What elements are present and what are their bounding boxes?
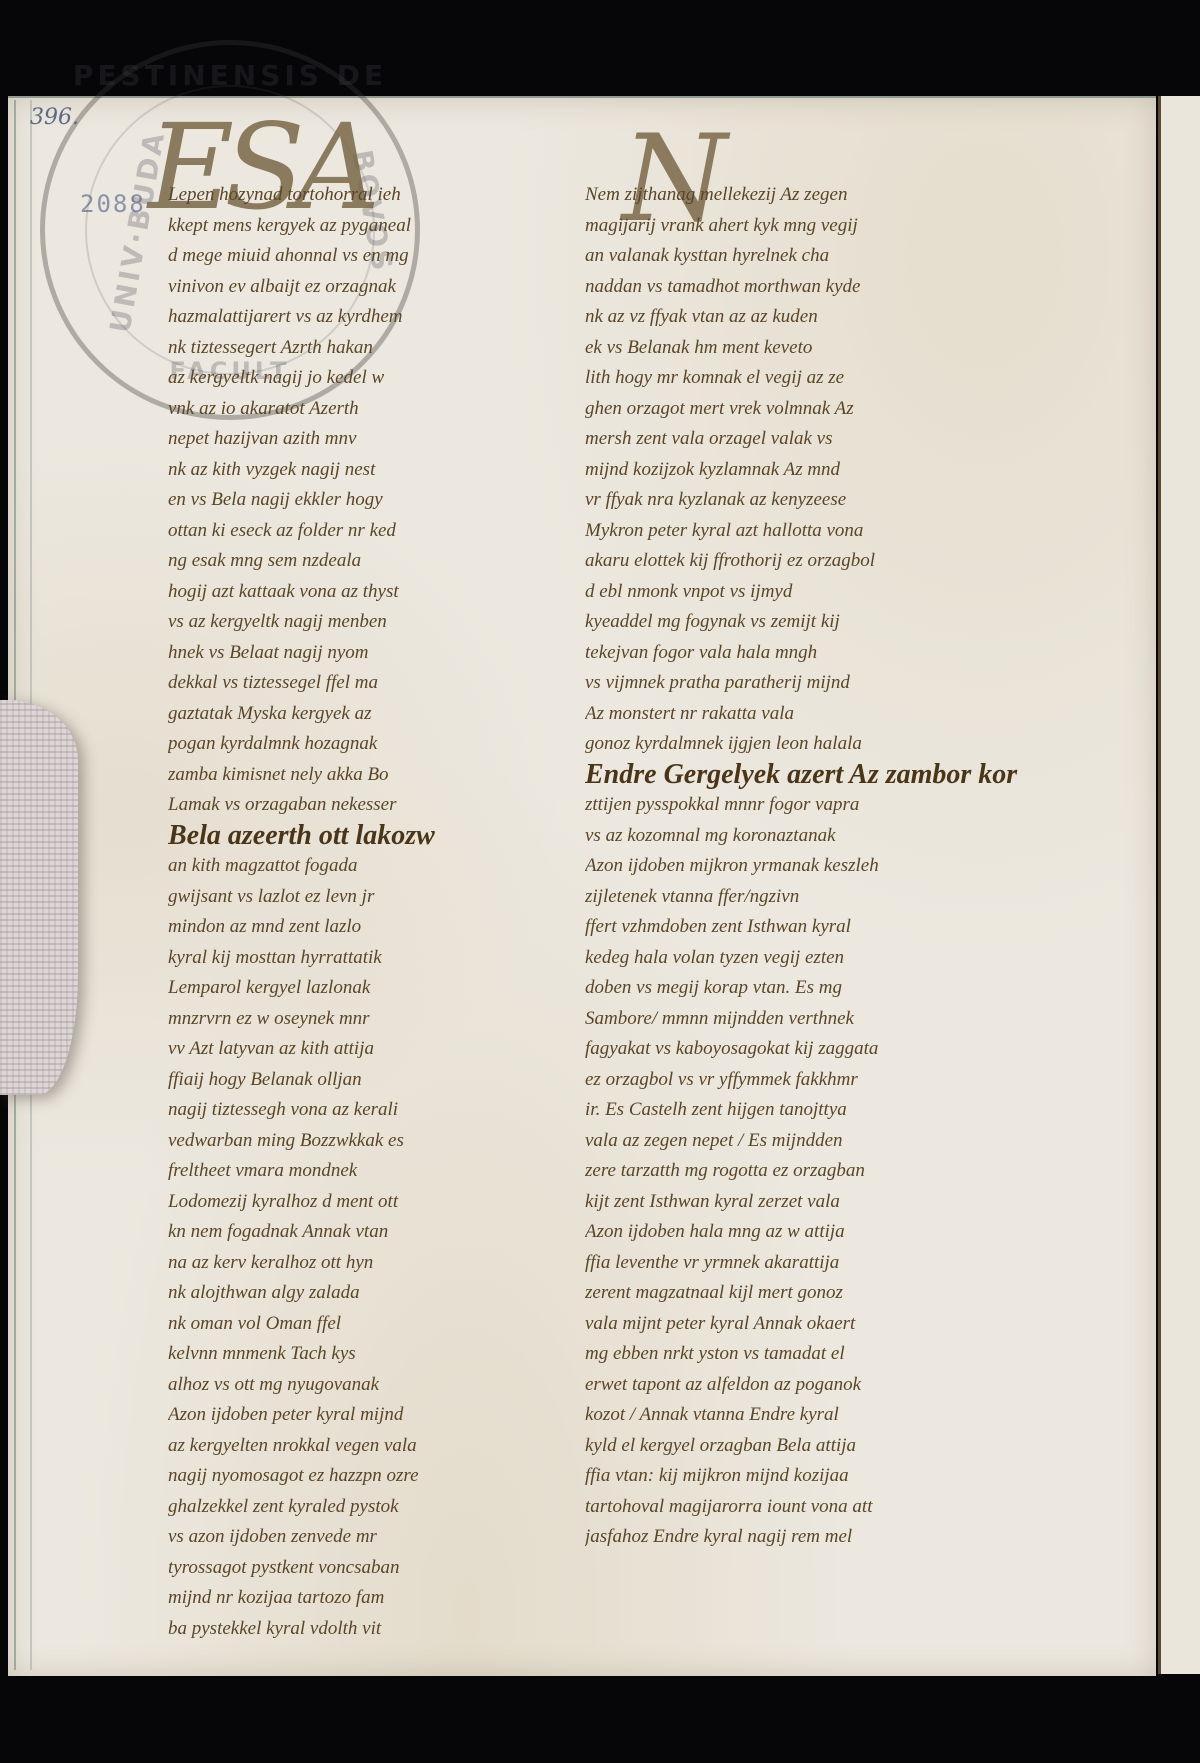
manuscript-line: Azon ijdoben mijkron yrmanak keszleh bbox=[585, 851, 1070, 882]
manuscript-line: Az monstert nr rakatta vala bbox=[585, 699, 1070, 730]
manuscript-line: kedeg hala volan tyzen vegij ezten bbox=[585, 943, 1070, 974]
manuscript-line: ffiaij hogy Belanak olljan bbox=[168, 1065, 548, 1096]
gloved-thumb bbox=[0, 700, 78, 1095]
manuscript-line: Azon ijdoben hala mng az w attija bbox=[585, 1217, 1070, 1248]
manuscript-line: Sambore/ mmnn mijndden verthnek bbox=[585, 1004, 1070, 1035]
manuscript-line: freltheet vmara mondnek bbox=[168, 1156, 548, 1187]
manuscript-line: jasfahoz Endre kyral nagij rem mel bbox=[585, 1522, 1070, 1553]
manuscript-line: vs azon ijdoben zenvede mr bbox=[168, 1522, 548, 1553]
stamp-text-top: PESTINENSIS DE bbox=[45, 59, 415, 92]
manuscript-line: en vs Bela nagij ekkler hogy bbox=[168, 485, 548, 516]
manuscript-line: Lemparol kergyel lazlonak bbox=[168, 973, 548, 1004]
folio-number: 396. bbox=[30, 105, 79, 130]
manuscript-line: magijarij vrank ahert kyk mng vegij bbox=[585, 211, 1070, 242]
manuscript-line: vv Azt latyvan az kith attija bbox=[168, 1034, 548, 1065]
manuscript-line: vs az kozomnal mg koronaztanak bbox=[585, 821, 1070, 852]
manuscript-line: nk alojthwan algy zalada bbox=[168, 1278, 548, 1309]
manuscript-line: an valanak kysttan hyrelnek cha bbox=[585, 241, 1070, 272]
manuscript-line: kyral kij mosttan hyrrattatik bbox=[168, 943, 548, 974]
manuscript-line: ba pystekkel kyral vdolth vit bbox=[168, 1614, 548, 1645]
manuscript-line: erwet tapont az alfeldon az poganok bbox=[585, 1370, 1070, 1401]
manuscript-line: lith hogy mr komnak el vegij az ze bbox=[585, 363, 1070, 394]
manuscript-line: d mege miuid ahonnal vs en mg bbox=[168, 241, 548, 272]
manuscript-line: na az kerv keralhoz ott hyn bbox=[168, 1248, 548, 1279]
manuscript-line: ffia vtan: kij mijkron mijnd kozijaa bbox=[585, 1461, 1070, 1492]
manuscript-line: gwijsant vs lazlot ez levn jr bbox=[168, 882, 548, 913]
manuscript-line: zerent magzatnaal kijl mert gonoz bbox=[585, 1278, 1070, 1309]
manuscript-line: ghen orzagot mert vrek volmnak Az bbox=[585, 394, 1070, 425]
manuscript-line: nk az vz ffyak vtan az az kuden bbox=[585, 302, 1070, 333]
manuscript-line: az kergyelten nrokkal vegen vala bbox=[168, 1431, 548, 1462]
manuscript-line: nk oman vol Oman ffel bbox=[168, 1309, 548, 1340]
manuscript-line: tekejvan fogor vala hala mngh bbox=[585, 638, 1070, 669]
manuscript-line: zere tarzatth mg rogotta ez orzagban bbox=[585, 1156, 1070, 1187]
manuscript-line: an kith magzattot fogada bbox=[168, 851, 548, 882]
manuscript-line: nagij tiztessegh vona az kerali bbox=[168, 1095, 548, 1126]
manuscript-line: Lodomezij kyralhoz d ment ott bbox=[168, 1187, 548, 1218]
manuscript-line: ottan ki eseck az folder nr ked bbox=[168, 516, 548, 547]
manuscript-line: ghalzekkel zent kyraled pystok bbox=[168, 1492, 548, 1523]
manuscript-line: Endre Gergelyek azert Az zambor kor bbox=[585, 760, 1070, 791]
manuscript-line: vnk az io akaratot Azerth bbox=[168, 394, 548, 425]
manuscript-line: tartohoval magijarorra iount vona att bbox=[585, 1492, 1070, 1523]
manuscript-line: nk az kith vyzgek nagij nest bbox=[168, 455, 548, 486]
manuscript-line: zttijen pysspokkal mnnr fogor vapra bbox=[585, 790, 1070, 821]
manuscript-line: mersh zent vala orzagel valak vs bbox=[585, 424, 1070, 455]
left-text-column: Lepen hozynad tortohorral iehkkept mens … bbox=[168, 180, 548, 1644]
manuscript-line: az kergyeltk nagij jo kedel w bbox=[168, 363, 548, 394]
manuscript-line: zamba kimisnet nely akka Bo bbox=[168, 760, 548, 791]
manuscript-line: akaru elottek kij ffrothorij ez orzagbol bbox=[585, 546, 1070, 577]
manuscript-line: doben vs megij korap vtan. Es mg bbox=[585, 973, 1070, 1004]
manuscript-line: Mykron peter kyral azt hallotta vona bbox=[585, 516, 1070, 547]
manuscript-line: nepet hazijvan azith mnv bbox=[168, 424, 548, 455]
manuscript-line: pogan kyrdalmnk hozagnak bbox=[168, 729, 548, 760]
manuscript-line: nk tiztessegert Azrth hakan bbox=[168, 333, 548, 364]
manuscript-line: kyeaddel mg fogynak vs zemijt kij bbox=[585, 607, 1070, 638]
manuscript-line: mnzrvrn ez w oseynek mnr bbox=[168, 1004, 548, 1035]
manuscript-line: ek vs Belanak hm ment keveto bbox=[585, 333, 1070, 364]
manuscript-line: naddan vs tamadhot morthwan kyde bbox=[585, 272, 1070, 303]
manuscript-line: kkept mens kergyek az pyganeal bbox=[168, 211, 548, 242]
facing-page-edge bbox=[1158, 96, 1200, 1674]
manuscript-line: hogij azt kattaak vona az thyst bbox=[168, 577, 548, 608]
manuscript-line: kozot / Annak vtanna Endre kyral bbox=[585, 1400, 1070, 1431]
manuscript-line: kn nem fogadnak Annak vtan bbox=[168, 1217, 548, 1248]
manuscript-line: kyld el kergyel orzagban Bela attija bbox=[585, 1431, 1070, 1462]
shelfmark-stamp: 2088 bbox=[80, 190, 146, 218]
manuscript-line: vs az kergyeltk nagij menben bbox=[168, 607, 548, 638]
manuscript-line: Lamak vs orzagaban nekesser bbox=[168, 790, 548, 821]
manuscript-line: mg ebben nrkt yston vs tamadat el bbox=[585, 1339, 1070, 1370]
manuscript-line: vr ffyak nra kyzlanak az kenyzeese bbox=[585, 485, 1070, 516]
manuscript-line: nagij nyomosagot ez hazzpn ozre bbox=[168, 1461, 548, 1492]
manuscript-line: ng esak mng sem nzdeala bbox=[168, 546, 548, 577]
manuscript-line: d ebl nmonk vnpot vs ijmyd bbox=[585, 577, 1070, 608]
manuscript-line: hnek vs Belaat nagij nyom bbox=[168, 638, 548, 669]
right-text-column: Nem zijthanag mellekezij Az zegenmagijar… bbox=[585, 180, 1070, 1553]
manuscript-line: Lepen hozynad tortohorral ieh bbox=[168, 180, 548, 211]
manuscript-line: dekkal vs tiztessegel ffel ma bbox=[168, 668, 548, 699]
manuscript-line: tyrossagot pystkent voncsaban bbox=[168, 1553, 548, 1584]
manuscript-line: ffia leventhe vr yrmnek akarattija bbox=[585, 1248, 1070, 1279]
manuscript-line: vinivon ev albaijt ez orzagnak bbox=[168, 272, 548, 303]
manuscript-line: ez orzagbol vs vr yffymmek fakkhmr bbox=[585, 1065, 1070, 1096]
manuscript-line: gonoz kyrdalmnek ijgjen leon halala bbox=[585, 729, 1070, 760]
manuscript-line: Azon ijdoben peter kyral mijnd bbox=[168, 1400, 548, 1431]
manuscript-line: kelvnn mnmenk Tach kys bbox=[168, 1339, 548, 1370]
manuscript-line: hazmalattijarert vs az kyrdhem bbox=[168, 302, 548, 333]
manuscript-line: vedwarban ming Bozzwkkak es bbox=[168, 1126, 548, 1157]
manuscript-line: mijnd kozijzok kyzlamnak Az mnd bbox=[585, 455, 1070, 486]
manuscript-line: kijt zent Isthwan kyral zerzet vala bbox=[585, 1187, 1070, 1218]
manuscript-line: ir. Es Castelh zent hijgen tanojttya bbox=[585, 1095, 1070, 1126]
manuscript-line: Bela azeerth ott lakozw bbox=[168, 821, 548, 852]
manuscript-line: zijletenek vtanna ffer/ngzivn bbox=[585, 882, 1070, 913]
manuscript-line: Nem zijthanag mellekezij Az zegen bbox=[585, 180, 1070, 211]
manuscript-line: mijnd nr kozijaa tartozo fam bbox=[168, 1583, 548, 1614]
manuscript-line: fagyakat vs kaboyosagokat kij zaggata bbox=[585, 1034, 1070, 1065]
manuscript-line: vala az zegen nepet / Es mijndden bbox=[585, 1126, 1070, 1157]
manuscript-line: vs vijmnek pratha paratherij mijnd bbox=[585, 668, 1070, 699]
manuscript-line: alhoz vs ott mg nyugovanak bbox=[168, 1370, 548, 1401]
manuscript-line: mindon az mnd zent lazlo bbox=[168, 912, 548, 943]
manuscript-line: vala mijnt peter kyral Annak okaert bbox=[585, 1309, 1070, 1340]
manuscript-line: gaztatak Myska kergyek az bbox=[168, 699, 548, 730]
manuscript-line: ffert vzhmdoben zent Isthwan kyral bbox=[585, 912, 1070, 943]
